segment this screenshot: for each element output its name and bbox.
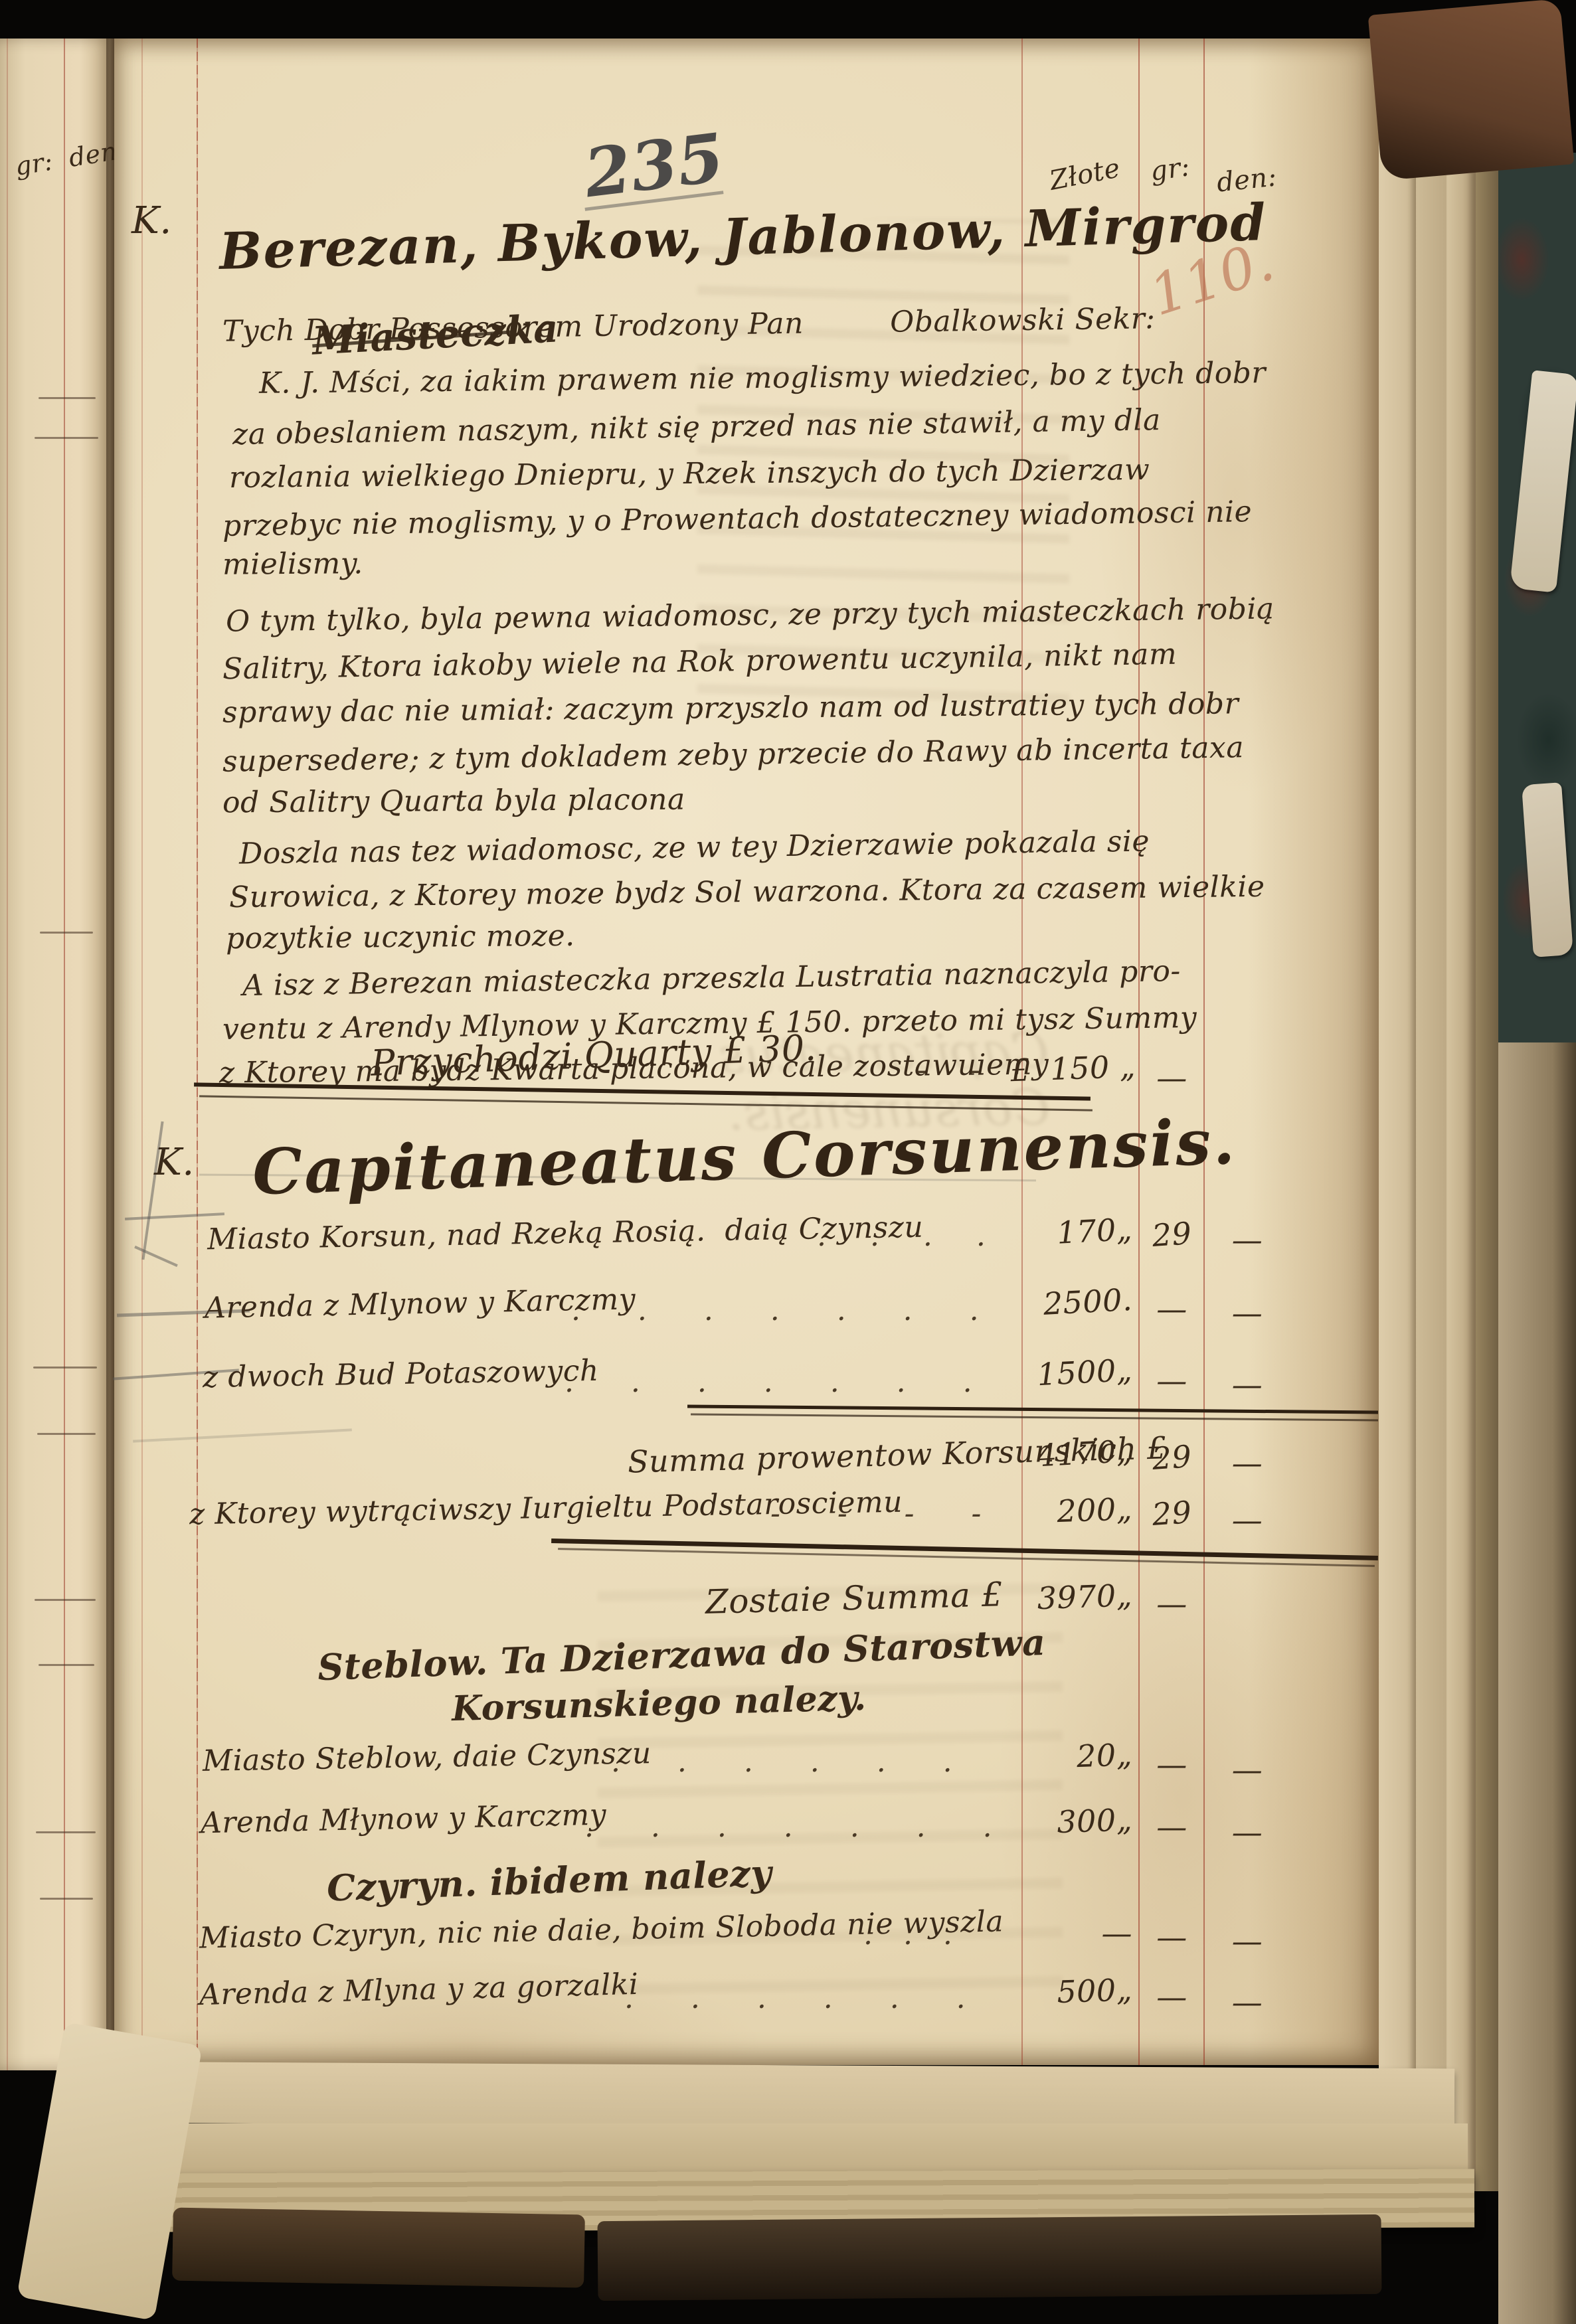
column-header-gr: gr: bbox=[1148, 151, 1192, 187]
page-edges-bottom bbox=[73, 2062, 1454, 2130]
ledger-row-label: Arenda Młynow y Karczmy bbox=[201, 1801, 607, 1839]
edge-rule bbox=[141, 39, 143, 2065]
amount-gr: — bbox=[1144, 1979, 1200, 2015]
dash-leader: - - - bbox=[917, 1056, 1016, 1085]
amount-den: — bbox=[1214, 1367, 1280, 1402]
dot-leader: . . . . . . . . . . - bbox=[611, 1748, 1009, 1777]
leather-corner bbox=[1368, 0, 1575, 181]
amount-den: — bbox=[1214, 1984, 1280, 2020]
amount-gr: 29 bbox=[1142, 1438, 1201, 1477]
column-rule-den bbox=[1203, 39, 1205, 2065]
paragraph-line: od Salitry Quarta byla placona bbox=[222, 786, 685, 818]
dot-leader: . . . . . . . . . . . bbox=[565, 1368, 1009, 1397]
amount-zlote: 1500„ bbox=[1025, 1352, 1134, 1393]
amount-den: — bbox=[1214, 1752, 1280, 1787]
page-edges bbox=[1446, 66, 1476, 2191]
paragraph-line: sprawy dac nie umiał: zaczym przyszlo na… bbox=[222, 689, 1239, 727]
amount-zlote: 4170„ bbox=[1025, 1433, 1134, 1474]
amount-gr: 29 bbox=[1142, 1493, 1201, 1533]
column-rule-gr bbox=[1138, 39, 1140, 2065]
cover-edge-lower bbox=[1498, 1042, 1576, 2324]
amount-zlote: — bbox=[1026, 1915, 1132, 1951]
amount-zlote: 300„ bbox=[1025, 1801, 1133, 1841]
facing-red-rule bbox=[7, 39, 8, 2070]
margin-rule-left bbox=[197, 39, 198, 2065]
amount-gr: — bbox=[1144, 1586, 1200, 1621]
page-edges bbox=[1476, 86, 1500, 2191]
zostaie-label: Zostaie Summa £ bbox=[705, 1578, 1003, 1619]
paragraph-line: mielismy. bbox=[222, 549, 363, 579]
amount-zlote: 20„ bbox=[1025, 1736, 1133, 1776]
binding-leather bbox=[597, 2214, 1381, 2301]
amount-zlote: 2500. bbox=[1025, 1282, 1134, 1323]
dot-leader: . . . . . . . . . . - bbox=[584, 1813, 1009, 1842]
dot-leader: . . . . . . bbox=[817, 1222, 1009, 1251]
amount-den: — bbox=[1214, 1923, 1280, 1959]
amount-gr: — bbox=[1144, 1291, 1200, 1327]
page-edges bbox=[1416, 46, 1446, 2191]
page-edges bbox=[1379, 27, 1416, 2191]
dot-leader: . . . . . . . . . . . . bbox=[571, 1296, 1009, 1325]
dot-leader: . . . bbox=[863, 1920, 1009, 1950]
dash-leader: - - - - - bbox=[770, 1499, 1009, 1529]
facing-red-rule bbox=[64, 39, 65, 2070]
amount-zlote: £ 150 „ bbox=[1009, 1048, 1136, 1089]
amount-gr: — bbox=[1144, 1919, 1200, 1955]
paragraph-line: pozytkie uczynic moze. bbox=[226, 922, 575, 954]
amount-den: — bbox=[1214, 1814, 1280, 1850]
amount-zlote: 170„ bbox=[1025, 1211, 1134, 1252]
ledger-row-label: Miasto Steblow, daie Czynszu bbox=[203, 1739, 652, 1776]
amount-zlote: 3970„ bbox=[1025, 1577, 1133, 1617]
amount-zlote: 500„ bbox=[1025, 1971, 1133, 2011]
facing-page-edge: gr: den: bbox=[0, 39, 114, 2070]
amount-den: — bbox=[1214, 1222, 1280, 1258]
amount-gr: — bbox=[1144, 1809, 1200, 1845]
amount-den: — bbox=[1214, 1502, 1280, 1538]
manuscript-scan: gr: den: Capitaneatus Corsunensis. 235 Z… bbox=[0, 0, 1576, 2324]
binding-leather bbox=[172, 2208, 585, 2288]
amount-den: — bbox=[1214, 1445, 1280, 1481]
paragraph-line: rozlania wielkiego Dniepru, y Rzek inszy… bbox=[229, 456, 1150, 493]
dot-leader: . . . . . . . . . . bbox=[624, 1984, 1009, 2013]
amount-gr: 29 bbox=[1142, 1214, 1201, 1254]
ledger-row-label: z dwoch Bud Potaszowych bbox=[203, 1357, 599, 1392]
amount-zlote: 200„ bbox=[1025, 1491, 1133, 1531]
margin-letter-k: K. bbox=[154, 1141, 195, 1184]
amount-gr: — bbox=[1144, 1060, 1200, 1096]
margin-letter-k: K. bbox=[131, 199, 172, 242]
amount-den: — bbox=[1214, 1295, 1280, 1331]
page-edges-bottom bbox=[100, 2123, 1468, 2174]
amount-gr: — bbox=[1144, 1746, 1200, 1782]
amount-gr: — bbox=[1144, 1363, 1200, 1398]
